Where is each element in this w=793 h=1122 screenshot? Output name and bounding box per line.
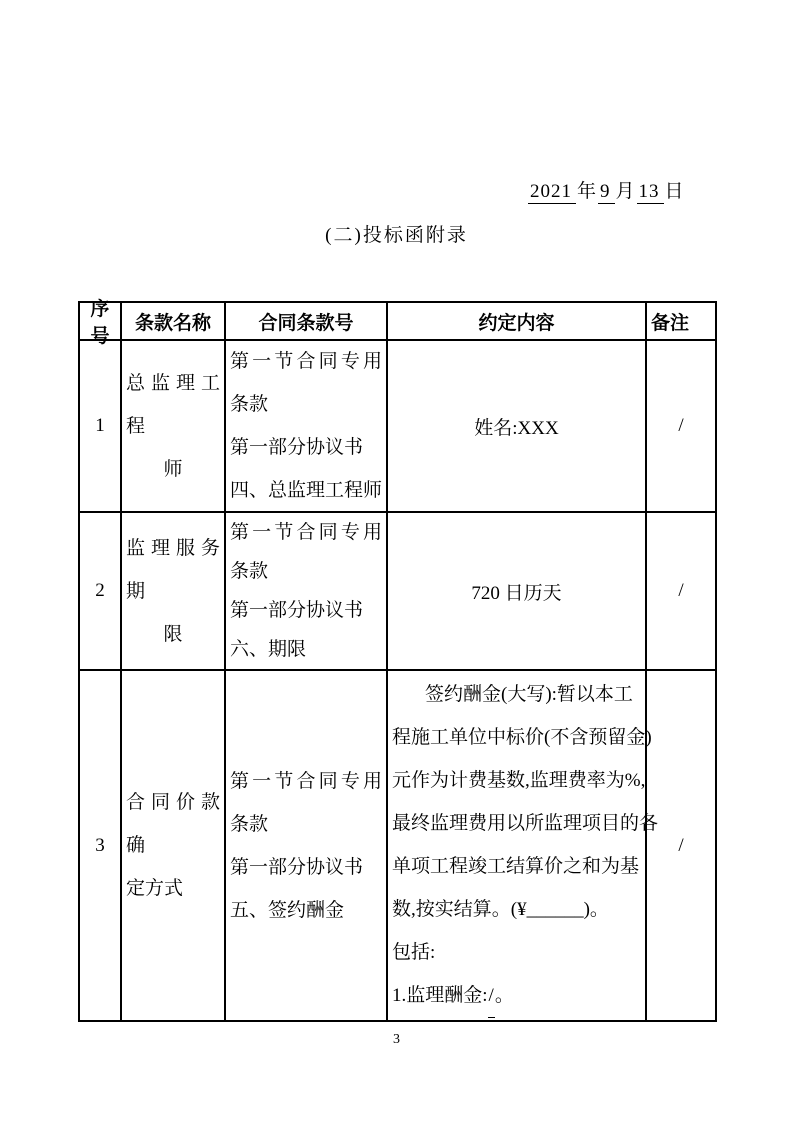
row3-remark: /	[646, 670, 716, 1021]
row1-agreed-content: 姓名:XXX	[387, 340, 646, 512]
row1-no: 1	[79, 340, 121, 512]
row2-no: 2	[79, 512, 121, 670]
table-row-1: 1 总监理工程 师 第一节合同专用 条款 第一部分协议书 四、总监理工程师 姓名	[79, 340, 716, 512]
header-clause: 合同条款号	[225, 302, 387, 340]
row1-clause-name: 总监理工程 师	[121, 340, 225, 512]
slash-underlined: /	[488, 974, 495, 1018]
date-line: 2021年9月13日	[527, 176, 685, 204]
row2-agreed-content: 720 日历天	[387, 512, 646, 670]
row3-no: 3	[79, 670, 121, 1021]
row3-clause-number: 第一节合同专用 条款 第一部分协议书 五、签约酬金	[225, 670, 387, 1021]
date-month-unit: 月	[616, 181, 636, 202]
table-header-row: 序号 条款名称 合同条款号 约定内容 备注	[79, 302, 716, 340]
row3-clause-name: 合同价款确 定方式	[121, 670, 225, 1021]
row1-remark: /	[646, 340, 716, 512]
row2-clause-number: 第一节合同专用 条款 第一部分协议书 六、期限	[225, 512, 387, 670]
blank-underline: ______	[527, 899, 584, 920]
date-month: 9	[598, 181, 615, 204]
settlement-blank-line: 数,按实结算。(¥______)。	[392, 888, 641, 931]
date-day-unit: 日	[665, 181, 685, 202]
row3-agreed-content: 签约酬金(大写):暂以本工 程施工单位中标价(不含预留金) 元作为计费基数,监理…	[387, 670, 646, 1021]
bid-letter-appendix-table: 序号 条款名称 合同条款号 约定内容 备注 1 总监理工程 师 第一节合同专用	[78, 301, 717, 1022]
section-title: (二)投标函附录	[0, 220, 793, 247]
date-day: 13	[637, 181, 664, 204]
header-no: 序号	[79, 302, 121, 340]
page-number: 3	[0, 1032, 793, 1048]
row1-clause-number: 第一节合同专用 条款 第一部分协议书 四、总监理工程师	[225, 340, 387, 512]
date-year: 2021	[528, 181, 576, 204]
header-content: 约定内容	[387, 302, 646, 340]
document-page: 2021年9月13日 (二)投标函附录 序号 条款名称 合同条款号 约定内容 备…	[0, 0, 793, 1122]
table-row-3: 3 合同价款确 定方式 第一节合同专用 条款 第一部分协议书 五、签约酬金	[79, 670, 716, 1021]
row2-remark: /	[646, 512, 716, 670]
supervision-fee-line: 1.监理酬金:/。	[392, 974, 641, 1018]
header-remark: 备注	[646, 302, 716, 340]
date-year-unit: 年	[577, 181, 597, 202]
header-name: 条款名称	[121, 302, 225, 340]
row2-clause-name: 监理服务期 限	[121, 512, 225, 670]
table-row-2: 2 监理服务期 限 第一节合同专用 条款 第一部分协议书 六、期限 720 日历	[79, 512, 716, 670]
